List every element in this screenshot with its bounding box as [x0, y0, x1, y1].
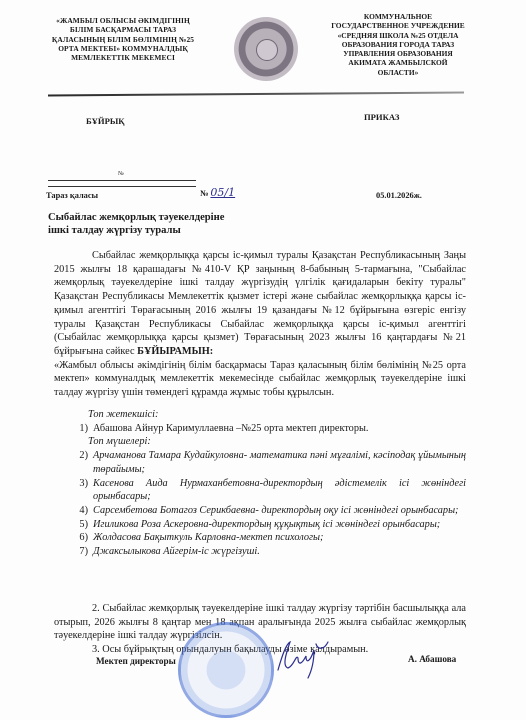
members-heading: Топ мүшелері: — [54, 435, 466, 449]
header-line: КОММУНАЛЬНОЕ — [318, 12, 478, 21]
header-org-kazakh: «ЖАМБЫЛ ОБЛЫСЫ ӘКІМДІГІНІҢ БІЛІМ БАСҚАРМ… — [38, 16, 208, 62]
signature-icon — [272, 636, 332, 680]
order-subject: Сыбайлас жемқорлық тәуекелдеріне ішкі та… — [48, 211, 224, 237]
item-number: 4) — [54, 504, 93, 518]
header-divider — [48, 92, 464, 97]
item-text: Жолдасова Бақыткуль Карловна-мектеп псих… — [93, 531, 466, 545]
document-page: «ЖАМБЫЛ ОБЛЫСЫ ӘКІМДІГІНІҢ БІЛІМ БАСҚАРМ… — [0, 0, 526, 720]
header-line: АКИМАТА ЖАМБЫЛСКОЙ — [318, 58, 478, 67]
doc-title-kazakh: БҰЙРЫҚ — [86, 116, 125, 126]
signatory-title: Мектеп директоры — [96, 656, 176, 666]
list-item: 3) Касенова Аида Нурмаханбетовна-директо… — [54, 477, 466, 504]
number-handwritten: 05/1 — [210, 186, 235, 199]
item-text: Сарсембетова Ботагоз Серикбаевна- директ… — [93, 504, 466, 518]
header-line: ОБРАЗОВАНИЯ ГОРОДА ТАРАЗ — [318, 40, 478, 49]
preamble-text: Сыбайлас жемқорлыққа қарсы іс-қимыл тура… — [54, 250, 466, 357]
paragraph-1: «Жамбыл облысы әкімдігінің білім басқарм… — [54, 359, 466, 400]
item-number: 3) — [54, 477, 93, 504]
item-number: 1) — [54, 422, 93, 436]
list-item: 1) Абашова Айнур Каримуллаевна –№25 орта… — [54, 422, 466, 436]
blank-line — [48, 180, 196, 181]
order-number: №05/1 — [200, 186, 235, 199]
list-item: 7) Джаксылыкова Айгерім-іс жүргізуші. — [54, 545, 466, 559]
doc-title-russian: ПРИКАЗ — [364, 112, 399, 122]
item-text: Джаксылыкова Айгерім-іс жүргізуші. — [93, 545, 466, 559]
order-body: Сыбайлас жемқорлыққа қарсы іс-қимыл тура… — [54, 249, 466, 400]
item-text: Арчаманова Тамара Кудайкуловна- математи… — [93, 449, 466, 476]
signatory-name: А. Абашова — [408, 654, 456, 664]
city-label: Тараз қаласы — [46, 191, 98, 200]
item-text: Абашова Айнур Каримуллаевна –№25 орта ме… — [93, 422, 466, 436]
emblem-center — [256, 39, 278, 61]
header-line: ГОСУДАРСТВЕННОЕ УЧРЕЖДЕНИЕ — [318, 21, 478, 30]
order-word: БҰЙЫРАМЫН: — [137, 346, 213, 357]
item-number: 2) — [54, 449, 93, 476]
header-line: МЕМЛЕКЕТТІК МЕКЕМЕСІ — [38, 53, 208, 62]
number-label: № — [200, 189, 208, 198]
header-line: ОРТА МЕКТЕБІ» КОММУНАЛДЫҚ — [38, 44, 208, 53]
header-line: ОБЛАСТИ» — [318, 68, 478, 77]
preamble: Сыбайлас жемқорлыққа қарсы іс-қимыл тура… — [54, 249, 466, 359]
item-number: 7) — [54, 545, 93, 559]
number-blank-label: № — [118, 171, 124, 177]
blank-line — [48, 186, 196, 187]
header-org-russian: КОММУНАЛЬНОЕ ГОСУДАРСТВЕННОЕ УЧРЕЖДЕНИЕ … — [318, 12, 478, 77]
header-line: УПРАВЛЕНИЯ ОБРАЗОВАНИЯ — [318, 49, 478, 58]
item-text: Игиликова Роза Аскеровна-директордың құқ… — [93, 518, 466, 532]
header-line: ҚАЛАСЫНЫҢ БІЛІМ БӨЛІМІНІҢ №25 — [38, 35, 208, 44]
official-stamp-icon — [178, 622, 274, 718]
item-text: Касенова Аида Нурмаханбетовна-директорды… — [93, 477, 466, 504]
list-item: 4) Сарсембетова Ботагоз Серикбаевна- дир… — [54, 504, 466, 518]
header-line: «СРЕДНЯЯ ШКОЛА №25 ОТДЕЛА — [318, 31, 478, 40]
working-group-list: Топ жетекшісі: 1) Абашова Айнур Каримулл… — [54, 408, 466, 559]
list-item: 2) Арчаманова Тамара Кудайкуловна- матем… — [54, 449, 466, 476]
header-line: «ЖАМБЫЛ ОБЛЫСЫ ӘКІМДІГІНІҢ — [38, 16, 208, 25]
list-item: 6) Жолдасова Бақыткуль Карловна-мектеп п… — [54, 531, 466, 545]
order-date: 05.01.2026ж. — [376, 191, 422, 200]
list-item: 5) Игиликова Роза Аскеровна-директордың … — [54, 518, 466, 532]
header-line: БІЛІМ БАСҚАРМАСЫ ТАРАЗ — [38, 25, 208, 34]
subject-line: ішкі талдау жүргізу туралы — [48, 224, 224, 237]
item-number: 5) — [54, 518, 93, 532]
item-number: 6) — [54, 531, 93, 545]
subject-line: Сыбайлас жемқорлық тәуекелдеріне — [48, 211, 224, 224]
state-emblem-icon — [234, 17, 298, 81]
leader-heading: Топ жетекшісі: — [54, 408, 466, 422]
